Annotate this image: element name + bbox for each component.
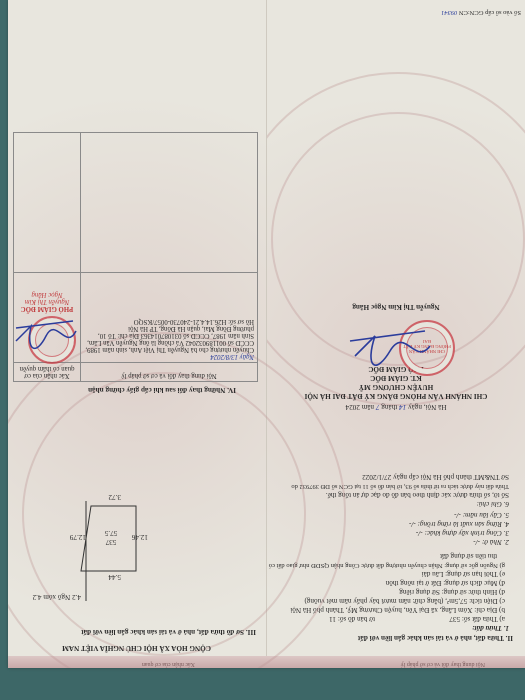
edge-left: 12.46 [132,532,148,541]
item1d: d) Hình thức sử dụng: Sử dụng riêng [399,587,505,596]
section2-title: II. Thửa đất, nhà ở và tài sản khác gắn … [358,633,513,642]
item1f: e) Thời hạn sử dụng: Lâu dài [422,569,505,578]
item1a: a) Thửa đất số: 537 [449,614,505,623]
change-line5: Hồ sơ số: H26.14.4.21-240730-0057/KSQO [84,318,254,325]
item6-title: 6. Ghi chú: [476,499,509,508]
change-line3: Sinh năm 1987, CCCD số 031087014363 Địa … [84,332,254,339]
col-header-content: Nội dung thay đổi và cơ sở pháp lý [81,363,258,382]
item1e: đ) Mục đích sử dụng: Đất ở tại nông thôn [386,578,505,587]
change-line4: phường Đồng Mai, quận Hà Đông, TP Hà Nội [84,325,254,332]
change-content-cell: Ngày 13/8/2024 Chuyển nhượng cho bà Nguy… [81,273,258,363]
item2: 2. Nhà ở: -/- [473,537,509,546]
parcel-number: 537 [96,537,126,546]
registry-number: 09341 [441,9,457,16]
section3-title: III. Sơ đồ thửa đất, nhà ở và tài sản kh… [81,627,256,636]
signature-icon [345,316,435,376]
note-line3: Sở TN&MT thành phố Hà Nội cấp ngày 27/1/… [362,472,509,481]
office-line1: CHI NHÁNH VĂN PHÒNG ĐĂNG KÝ ĐẤT ĐAI HÀ N… [267,391,525,400]
certificate-sheet: Nội dung thay đổi và cơ sở pháp lý Xác n… [8,0,525,668]
right-page: CỘNG HÒA XÃ HỘI CHỦ NGHĨA VIỆT NAM III. … [8,0,267,656]
strip-text-left: Nội dung thay đổi và cơ sở pháp lý [401,661,485,667]
registry-label: Số vào sổ cấp GCN:CN 09341 [441,8,521,16]
item1a-map: tờ bản đồ số: 11 [329,614,375,623]
office-line2: HUYỆN CHƯƠNG MỸ [267,382,525,391]
date-day: 14 [399,403,406,411]
col-header-confirm: Xác nhận của cơ quan có thẩm quyền [14,363,81,382]
date-month: 7 [376,403,380,411]
item3: 3. Công trình xây dựng khác: -/- [416,528,509,537]
month-label: tháng [381,403,397,411]
edge-right: 12.79 [70,532,86,541]
signer-name: Nguyễn Thị Kim Ngọc Hằng [267,302,525,311]
year-label: năm 2024 [346,403,375,411]
item5: 5. Cây lâu năm: -/- [454,510,509,519]
confirm-signature-icon [11,311,81,356]
registry-label-text: Số vào sổ cấp GCN:CN [459,9,521,16]
road-label: 4.2 Ngõ xóm 4.2 [32,592,81,601]
parcel-area: 57.5 [96,528,126,537]
land-plot-diagram [26,446,196,606]
edge-bottom: 3.72 [108,492,121,501]
item1-title: 1. Thửa đất: [472,623,509,632]
item1c: c) Diện tích: 57,5m², (bằng chữ: năm mươ… [304,596,505,605]
item1g-cont: thu tiền sử dụng đất [440,551,497,560]
place-date-prefix: Hà Nội, ngày [408,403,447,411]
change-date: Ngày 13/8/2024 [84,353,254,360]
change-line1: Chuyển nhượng cho bà Nguyễn Thị Việt Anh… [84,346,254,353]
item1b: b) Địa chỉ: Xóm Lắng, xã Đại Yên, huyện … [290,605,505,614]
change-line2: CCCD số 001189032042 Và chồng là ông Ngu… [84,339,254,346]
item4: 4. Rừng sản xuất là rừng trồng: -/- [409,519,509,528]
confirm-signer: Nguyễn Thị Kim Ngọc Hằng [17,291,77,305]
national-header: CỘNG HÒA XÃ HỘI CHỦ NGHĨA VIỆT NAM [8,643,266,652]
note-line1: Số tờ, số thửa được xác định theo bản đồ… [326,490,509,499]
section4-title: IV. Những thay đổi sau khi cấp giấy chứn… [88,385,236,394]
edge-top: 5.44 [108,572,121,581]
